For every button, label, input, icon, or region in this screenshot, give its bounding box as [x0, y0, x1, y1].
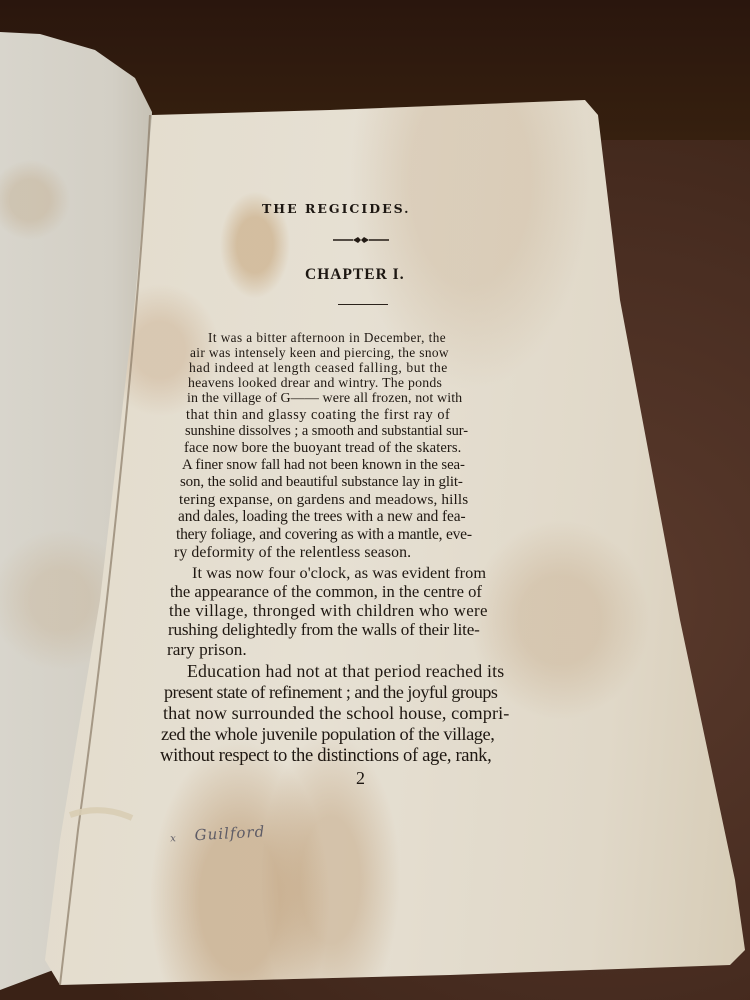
text-line: tering expanse, on gardens and meadows, … [179, 491, 468, 509]
text-line: without respect to the distinctions of a… [160, 745, 491, 767]
text-line: It was now four o'clock, as was evident … [192, 563, 486, 583]
text-line: son, the solid and beautiful substance l… [180, 474, 463, 491]
handwritten-mark: x [170, 833, 177, 844]
text-line: that now surrounded the school house, co… [163, 703, 509, 724]
running-head: THE REGICIDES. [262, 201, 462, 216]
text-line: in the village of G—— were all frozen, n… [187, 391, 462, 407]
chapter-title: CHAPTER I. [305, 266, 405, 284]
text-line: face now bore the buoyant tread of the s… [184, 440, 461, 457]
text-line: present state of refinement ; and the jo… [164, 682, 497, 703]
text-line: thery foliage, and covering as with a ma… [176, 526, 472, 544]
text-line: sunshine dissolves ; a smooth and substa… [185, 423, 468, 440]
text-line: air was intensely keen and piercing, the… [190, 345, 449, 361]
page-text: THE REGICIDES. CHAPTER I. It was a bitte… [0, 0, 750, 1000]
text-line: had indeed at length ceased falling, but… [189, 360, 448, 376]
text-line: rushing delightedly from the walls of th… [168, 620, 480, 640]
text-line: rary prison. [167, 640, 247, 660]
text-line: Education had not at that period reached… [187, 661, 504, 682]
ornamental-rule-icon [333, 236, 389, 244]
text-line: that thin and glassy coating the first r… [186, 407, 450, 424]
page-number: 2 [356, 768, 365, 789]
text-line: heavens looked drear and wintry. The pon… [188, 375, 442, 391]
text-line: A finer snow fall had not been known in … [182, 457, 465, 474]
handwritten-name: Guilford [194, 823, 265, 845]
handwritten-note: xGuilford [170, 823, 266, 846]
text-line: It was a bitter afternoon in December, t… [208, 330, 446, 346]
text-line: zed the whole juvenile population of the… [161, 724, 494, 745]
text-line: the appearance of the common, in the cen… [170, 582, 482, 602]
text-line: and dales, loading the trees with a new … [178, 508, 466, 526]
chapter-rule [338, 304, 388, 305]
text-line: ry deformity of the relentless season. [174, 544, 411, 562]
text-line: the village, thronged with children who … [169, 601, 488, 621]
